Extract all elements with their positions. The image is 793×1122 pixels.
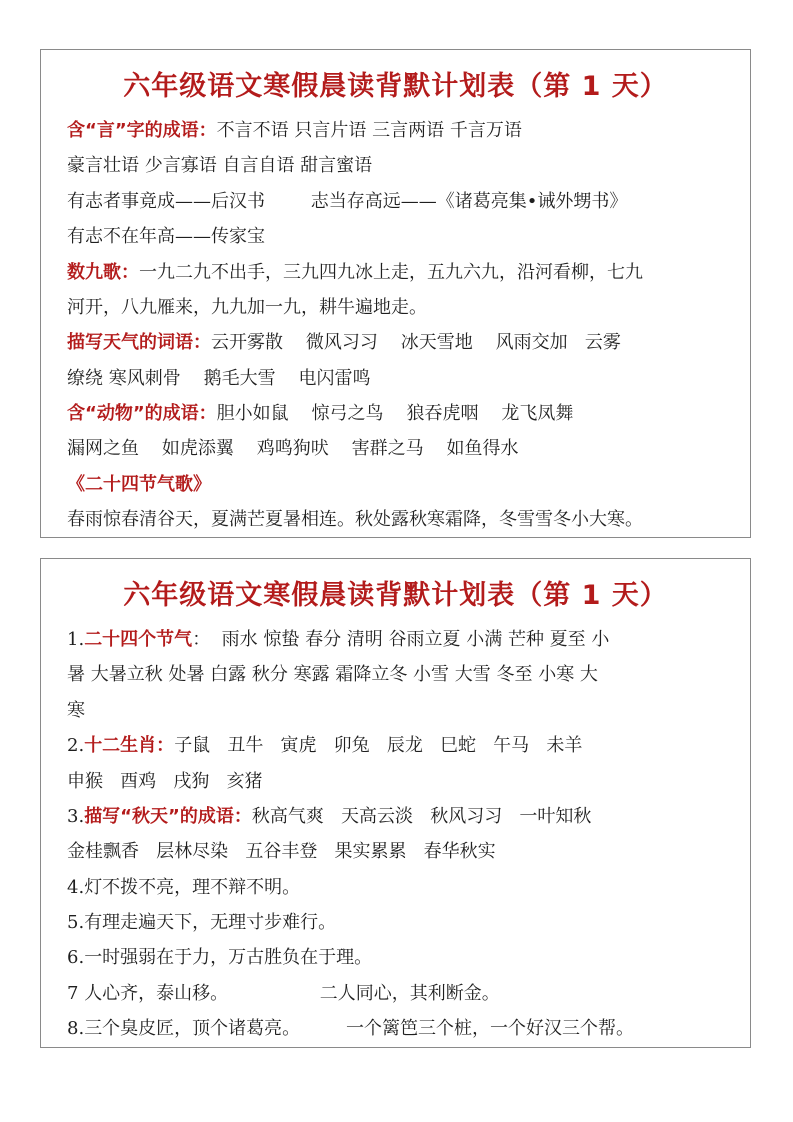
line-text: 春雨惊春清谷天，夏满芒夏暑相连。秋处露秋寒霜降，冬雪雪冬小大寒。	[67, 509, 643, 530]
text-line: 含“动物”的成语：胆小如鼠 惊弓之鸟 狼吞虎咽 龙飞凤舞	[67, 403, 573, 425]
item-number: 2.	[67, 735, 84, 756]
card-title: 六年级语文寒假晨读背默计划表（第 1 天）	[41, 64, 750, 103]
line-text: 云开雾散 微风习习 冰天雪地 风雨交加 云雾	[211, 332, 621, 353]
line-text: 暑 大暑立秋 处暑 白露 秋分 寒露 霜降立冬 小雪 大雪 冬至 小寒 大	[67, 664, 598, 685]
text-line: 寒	[67, 700, 85, 722]
section-label: 《二十四节气歌》	[67, 474, 211, 495]
line-text: 有志不在年高——传家宝	[67, 226, 265, 247]
text-line: 缭绕 寒风刺骨 鹅毛大雪 电闪雷鸣	[67, 368, 371, 390]
plan-card-1: 六年级语文寒假晨读背默计划表（第 1 天） 含“言”字的成语：不言不语 只言片语…	[40, 49, 751, 538]
text-line: 河开，八九雁来，九九加一九，耕牛遍地走。	[67, 297, 427, 319]
item-number: 8.	[67, 1018, 84, 1039]
text-line: 漏网之鱼 如虎添翼 鸡鸣狗吠 害群之马 如鱼得水	[67, 438, 519, 460]
text-line: 《二十四节气歌》	[67, 474, 211, 496]
line-text: 有理走遍天下，无理寸步难行。	[84, 912, 336, 933]
item-number: 4.	[67, 877, 84, 898]
text-line: 含“言”字的成语：不言不语 只言片语 三言两语 千言万语	[67, 120, 522, 142]
text-line: 2.十二生肖：子鼠 丑牛 寅虎 卯兔 辰龙 巳蛇 午马 未羊	[67, 735, 582, 757]
section-label: 描写天气的词语：	[67, 332, 211, 353]
line-text: 豪言壮语 少言寡语 自言自语 甜言蜜语	[67, 155, 372, 176]
text-line: 数九歌：一九二九不出手，三九四九冰上走，五九六九，沿河看柳，七九	[67, 262, 643, 284]
item-number: 6.	[67, 947, 84, 968]
item-number: 3.	[67, 806, 84, 827]
text-line: 1.二十四个节气： 雨水 惊蛰 春分 清明 谷雨立夏 小满 芒种 夏至 小	[67, 629, 609, 651]
section-label: 十二生肖：	[84, 735, 174, 756]
line-text: 金桂飘香 层林尽染 五谷丰登 果实累累 春华秋实	[67, 841, 496, 862]
line-text: 灯不拨不亮，理不辩不明。	[84, 877, 300, 898]
text-line: 申猴 酉鸡 戌狗 亥猪	[67, 771, 263, 793]
text-line: 3.描写“秋天”的成语：秋高气爽 天高云淡 秋风习习 一叶知秋	[67, 806, 591, 828]
section-label: 含“言”字的成语：	[67, 120, 217, 141]
line-text: 胆小如鼠 惊弓之鸟 狼吞虎咽 龙飞凤舞	[217, 403, 574, 424]
line-text: 人心齐，泰山移。 二人同心，其利断金。	[84, 983, 500, 1004]
text-line: 7 人心齐，泰山移。 二人同心，其利断金。	[67, 983, 500, 1005]
line-text: 河开，八九雁来，九九加一九，耕牛遍地走。	[67, 297, 427, 318]
text-line: 有志者事竟成——后汉书 志当存高远——《诸葛亮集•诫外甥书》	[67, 191, 627, 213]
plan-card-2: 六年级语文寒假晨读背默计划表（第 1 天） 1.二十四个节气： 雨水 惊蛰 春分…	[40, 558, 751, 1048]
section-label: 含“动物”的成语：	[67, 403, 217, 424]
line-text: 三个臭皮匠，顶个诸葛亮。 一个篱笆三个桩，一个好汉三个帮。	[84, 1018, 634, 1039]
line-text: 一时强弱在于力，万古胜负在于理。	[84, 947, 372, 968]
text-line: 6.一时强弱在于力，万古胜负在于理。	[67, 947, 372, 969]
text-line: 豪言壮语 少言寡语 自言自语 甜言蜜语	[67, 155, 372, 177]
line-text: 寒	[67, 700, 85, 721]
item-number: 5.	[67, 912, 84, 933]
text-line: 5.有理走遍天下，无理寸步难行。	[67, 912, 336, 934]
text-line: 有志不在年高——传家宝	[67, 226, 265, 248]
line-text: 不言不语 只言片语 三言两语 千言万语	[217, 120, 522, 141]
line-text: ： 雨水 惊蛰 春分 清明 谷雨立夏 小满 芒种 夏至 小	[192, 629, 609, 650]
section-label: 数九歌：	[67, 262, 139, 283]
line-text: 秋高气爽 天高云淡 秋风习习 一叶知秋	[252, 806, 592, 827]
section-label: 描写“秋天”的成语：	[84, 806, 252, 827]
line-text: 一九二九不出手，三九四九冰上走，五九六九，沿河看柳，七九	[139, 262, 643, 283]
text-line: 4.灯不拨不亮，理不辩不明。	[67, 877, 300, 899]
line-text: 缭绕 寒风刺骨 鹅毛大雪 电闪雷鸣	[67, 368, 371, 389]
line-text: 子鼠 丑牛 寅虎 卯兔 辰龙 巳蛇 午马 未羊	[174, 735, 582, 756]
section-label: 二十四个节气	[84, 629, 192, 650]
line-text: 漏网之鱼 如虎添翼 鸡鸣狗吠 害群之马 如鱼得水	[67, 438, 519, 459]
text-line: 8.三个臭皮匠，顶个诸葛亮。 一个篱笆三个桩，一个好汉三个帮。	[67, 1018, 634, 1040]
text-line: 描写天气的词语：云开雾散 微风习习 冰天雪地 风雨交加 云雾	[67, 332, 621, 354]
item-number: 1.	[67, 629, 84, 650]
item-number: 7	[67, 983, 84, 1004]
text-line: 暑 大暑立秋 处暑 白露 秋分 寒露 霜降立冬 小雪 大雪 冬至 小寒 大	[67, 664, 598, 686]
line-text: 有志者事竟成——后汉书 志当存高远——《诸葛亮集•诫外甥书》	[67, 191, 627, 212]
card-title: 六年级语文寒假晨读背默计划表（第 1 天）	[41, 573, 750, 612]
text-line: 春雨惊春清谷天，夏满芒夏暑相连。秋处露秋寒霜降，冬雪雪冬小大寒。	[67, 509, 643, 531]
line-text: 申猴 酉鸡 戌狗 亥猪	[67, 771, 263, 792]
text-line: 金桂飘香 层林尽染 五谷丰登 果实累累 春华秋实	[67, 841, 496, 863]
